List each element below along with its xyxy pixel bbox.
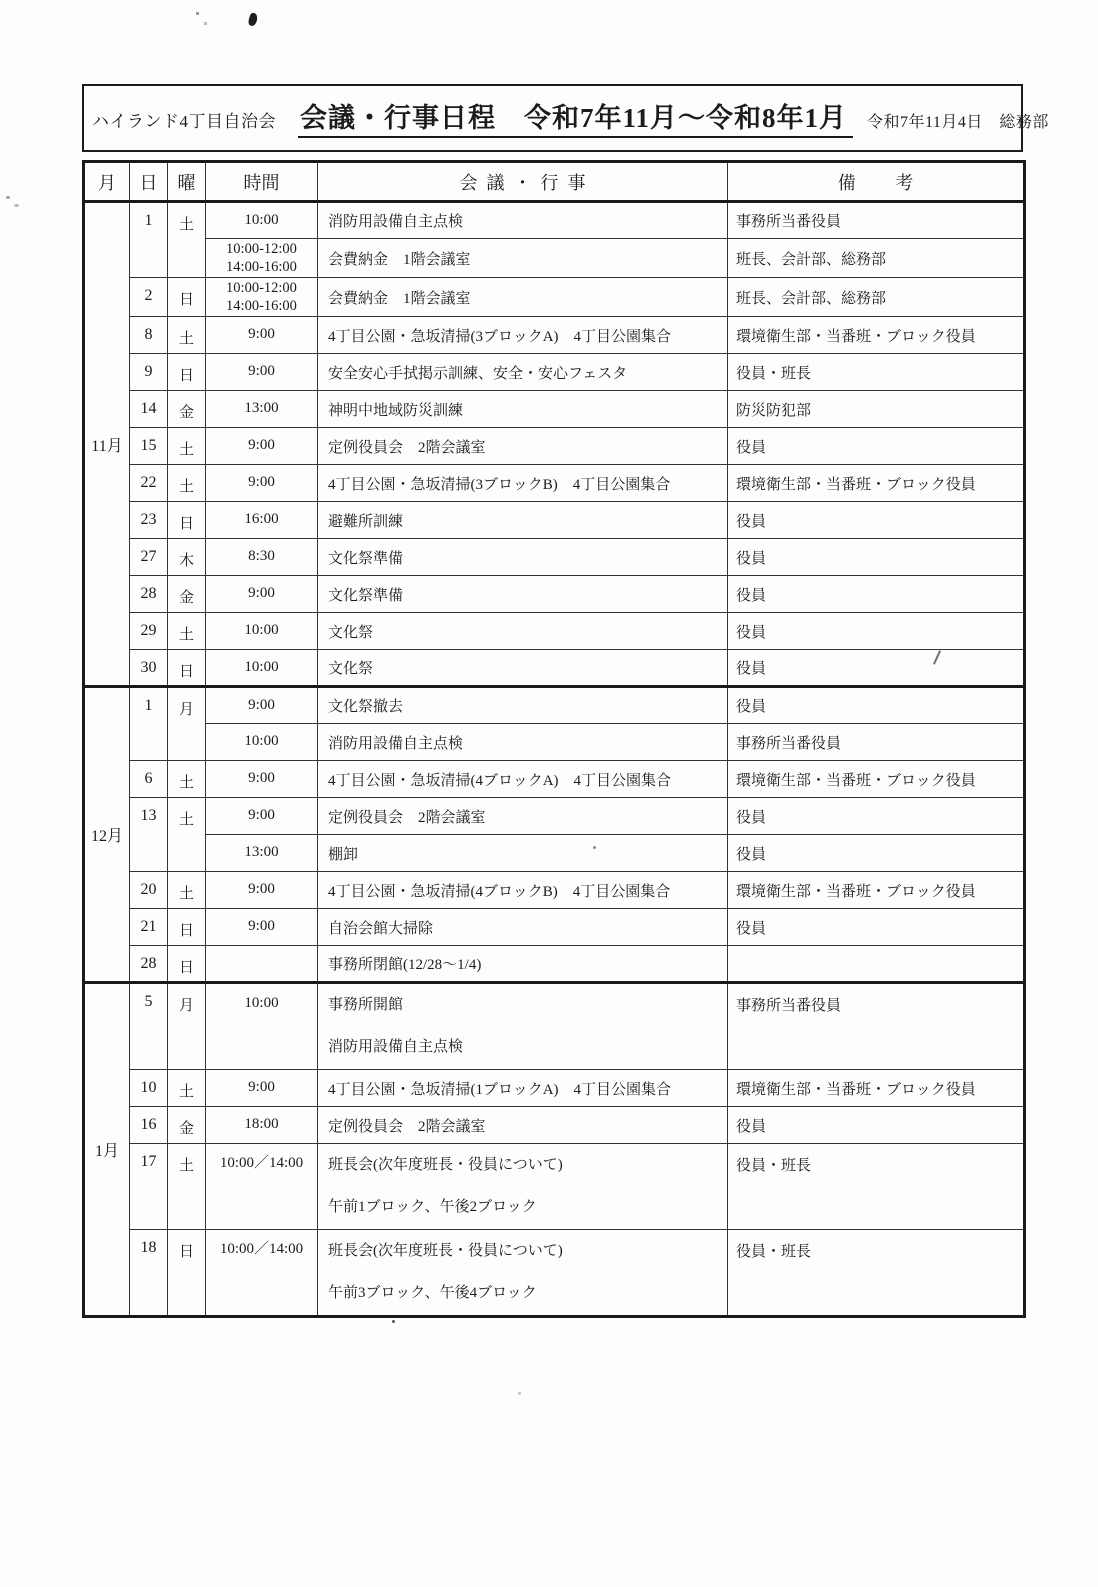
time-cell: 8:30 — [206, 539, 318, 576]
remarks-cell: 役員 — [728, 502, 1025, 539]
scan-artifact — [196, 12, 199, 15]
schedule-row: 10:00-12:00 14:00-16:00会費納金 1階会議室班長、会計部、… — [84, 239, 1025, 278]
day-cell: 22 — [130, 465, 168, 502]
time-cell: 10:00／14:00 — [206, 1144, 318, 1230]
weekday-cell: 月 — [168, 687, 206, 761]
time-cell: 9:00 — [206, 465, 318, 502]
event-cell: 文化祭 — [318, 650, 728, 687]
schedule-row: 10土9:004丁目公園・急坂清掃(1ブロックA) 4丁目公園集合環境衛生部・当… — [84, 1070, 1025, 1107]
scan-artifact — [6, 196, 10, 199]
event-cell: 安全安心手拭掲示訓練、安全・安心フェスタ — [318, 354, 728, 391]
col-header-day: 日 — [130, 162, 168, 202]
event-cell: 4丁目公園・急坂清掃(3ブロックA) 4丁目公園集合 — [318, 317, 728, 354]
event-cell: 事務所閉館(12/28～1/4) — [318, 946, 728, 983]
remarks-cell: 環境衛生部・当番班・ブロック役員 — [728, 317, 1025, 354]
time-cell: 10:00 — [206, 724, 318, 761]
remarks-cell: 役員 — [728, 428, 1025, 465]
event-cell: 班長会(次年度班長・役員について) 午前1ブロック、午後2ブロック — [318, 1144, 728, 1230]
remarks-cell — [728, 946, 1025, 983]
event-cell: 定例役員会 2階会議室 — [318, 798, 728, 835]
scan-artifact — [14, 204, 19, 207]
schedule-row: 2日10:00-12:00 14:00-16:00会費納金 1階会議室班長、会計… — [84, 278, 1025, 317]
time-cell: 10:00／14:00 — [206, 1230, 318, 1317]
weekday-cell: 土 — [168, 872, 206, 909]
event-cell: 避難所訓練 — [318, 502, 728, 539]
event-cell: 定例役員会 2階会議室 — [318, 1107, 728, 1144]
col-header-weekday: 曜 — [168, 162, 206, 202]
event-cell: 4丁目公園・急坂清掃(4ブロックB) 4丁目公園集合 — [318, 872, 728, 909]
weekday-cell: 土 — [168, 465, 206, 502]
month-cell: 11月 — [84, 202, 130, 687]
event-cell: 4丁目公園・急坂清掃(3ブロックB) 4丁目公園集合 — [318, 465, 728, 502]
day-cell: 21 — [130, 909, 168, 946]
weekday-cell: 月 — [168, 983, 206, 1070]
day-cell: 5 — [130, 983, 168, 1070]
day-cell: 1 — [130, 202, 168, 278]
schedule-row: 13土9:00定例役員会 2階会議室役員 — [84, 798, 1025, 835]
title-box: ハイランド4丁目自治会 会議・行事日程 令和7年11月～令和8年1月 令和7年1… — [82, 84, 1023, 152]
event-cell: 文化祭準備 — [318, 539, 728, 576]
schedule-row: 30日10:00文化祭役員 — [84, 650, 1025, 687]
time-cell — [206, 946, 318, 983]
event-cell: 文化祭準備 — [318, 576, 728, 613]
col-header-month: 月 — [84, 162, 130, 202]
weekday-cell: 金 — [168, 1107, 206, 1144]
event-cell: 消防用設備自主点検 — [318, 724, 728, 761]
remarks-cell: 役員 — [728, 835, 1025, 872]
weekday-cell: 木 — [168, 539, 206, 576]
event-cell: 定例役員会 2階会議室 — [318, 428, 728, 465]
remarks-cell: 役員 — [728, 798, 1025, 835]
remarks-cell: 環境衛生部・当番班・ブロック役員 — [728, 1070, 1025, 1107]
scan-artifact — [392, 1320, 395, 1323]
schedule-row: 20土9:004丁目公園・急坂清掃(4ブロックB) 4丁目公園集合環境衛生部・当… — [84, 872, 1025, 909]
schedule-row: 13:00棚卸役員 — [84, 835, 1025, 872]
schedule-row: 17土10:00／14:00班長会(次年度班長・役員について) 午前1ブロック、… — [84, 1144, 1025, 1230]
remarks-cell: 事務所当番役員 — [728, 202, 1025, 239]
schedule-row: 14金13:00神明中地域防災訓練防災防犯部 — [84, 391, 1025, 428]
day-cell: 30 — [130, 650, 168, 687]
day-cell: 18 — [130, 1230, 168, 1317]
schedule-row: 18日10:00／14:00班長会(次年度班長・役員について) 午前3ブロック、… — [84, 1230, 1025, 1317]
time-cell: 9:00 — [206, 687, 318, 724]
weekday-cell: 土 — [168, 428, 206, 465]
time-cell: 9:00 — [206, 1070, 318, 1107]
remarks-cell: 環境衛生部・当番班・ブロック役員 — [728, 872, 1025, 909]
month-cell: 12月 — [84, 687, 130, 983]
schedule-row: 23日16:00避難所訓練役員 — [84, 502, 1025, 539]
schedule-row: 6土9:004丁目公園・急坂清掃(4ブロックA) 4丁目公園集合環境衛生部・当番… — [84, 761, 1025, 798]
schedule-row: 1月5月10:00事務所開館 消防用設備自主点検事務所当番役員 — [84, 983, 1025, 1070]
day-cell: 2 — [130, 278, 168, 317]
weekday-cell: 日 — [168, 1230, 206, 1317]
schedule-row: 28日事務所閉館(12/28～1/4) — [84, 946, 1025, 983]
time-cell: 10:00 — [206, 650, 318, 687]
time-cell: 9:00 — [206, 428, 318, 465]
schedule-row: 21日9:00自治会館大掃除役員 — [84, 909, 1025, 946]
schedule-row: 29土10:00文化祭役員 — [84, 613, 1025, 650]
day-cell: 20 — [130, 872, 168, 909]
remarks-cell: 役員 — [728, 539, 1025, 576]
event-cell: 4丁目公園・急坂清掃(4ブロックA) 4丁目公園集合 — [318, 761, 728, 798]
weekday-cell: 土 — [168, 798, 206, 872]
weekday-cell: 土 — [168, 1070, 206, 1107]
time-cell: 9:00 — [206, 872, 318, 909]
weekday-cell: 土 — [168, 761, 206, 798]
event-cell: 4丁目公園・急坂清掃(1ブロックA) 4丁目公園集合 — [318, 1070, 728, 1107]
issue-date-and-department: 令和7年11月4日 総務部 — [867, 109, 1049, 132]
remarks-cell: 環境衛生部・当番班・ブロック役員 — [728, 761, 1025, 798]
weekday-cell: 金 — [168, 391, 206, 428]
time-cell: 9:00 — [206, 317, 318, 354]
time-cell: 13:00 — [206, 835, 318, 872]
scanned-document-page: ハイランド4丁目自治会 会議・行事日程 令和7年11月～令和8年1月 令和7年1… — [0, 0, 1098, 1587]
time-cell: 9:00 — [206, 354, 318, 391]
day-cell: 23 — [130, 502, 168, 539]
day-cell: 27 — [130, 539, 168, 576]
weekday-cell: 金 — [168, 576, 206, 613]
day-cell: 16 — [130, 1107, 168, 1144]
remarks-cell: 事務所当番役員 — [728, 724, 1025, 761]
weekday-cell: 日 — [168, 909, 206, 946]
schedule-row: 8土9:004丁目公園・急坂清掃(3ブロックA) 4丁目公園集合環境衛生部・当番… — [84, 317, 1025, 354]
schedule-table: 月 日 曜 時間 会議・行事 備考 11月1土10:00消防用設備自主点検事務所… — [82, 160, 1026, 1318]
col-header-time: 時間 — [206, 162, 318, 202]
month-cell: 1月 — [84, 983, 130, 1317]
organization-name: ハイランド4丁目自治会 — [92, 107, 276, 132]
event-cell: 会費納金 1階会議室 — [318, 278, 728, 317]
schedule-row: 27木8:30文化祭準備役員 — [84, 539, 1025, 576]
day-cell: 10 — [130, 1070, 168, 1107]
document-title: 会議・行事日程 令和7年11月～令和8年1月 — [298, 96, 853, 138]
remarks-cell: 役員 — [728, 687, 1025, 724]
time-cell: 18:00 — [206, 1107, 318, 1144]
schedule-row: 11月1土10:00消防用設備自主点検事務所当番役員 — [84, 202, 1025, 239]
day-cell: 28 — [130, 576, 168, 613]
day-cell: 14 — [130, 391, 168, 428]
weekday-cell: 土 — [168, 202, 206, 278]
col-header-remarks: 備考 — [728, 162, 1025, 202]
remarks-cell: 防災防犯部 — [728, 391, 1025, 428]
header-row: 月 日 曜 時間 会議・行事 備考 — [84, 162, 1025, 202]
scan-artifact — [248, 12, 259, 27]
schedule-row: 16金18:00定例役員会 2階会議室役員 — [84, 1107, 1025, 1144]
day-cell: 13 — [130, 798, 168, 872]
remarks-cell: 役員 — [728, 650, 1025, 687]
weekday-cell: 日 — [168, 946, 206, 983]
day-cell: 6 — [130, 761, 168, 798]
schedule-row: 28金9:00文化祭準備役員 — [84, 576, 1025, 613]
weekday-cell: 土 — [168, 1144, 206, 1230]
scan-artifact — [204, 22, 207, 25]
event-cell: 事務所開館 消防用設備自主点検 — [318, 983, 728, 1070]
schedule-body: 11月1土10:00消防用設備自主点検事務所当番役員10:00-12:00 14… — [84, 202, 1025, 1317]
day-cell: 8 — [130, 317, 168, 354]
remarks-cell: 役員・班長 — [728, 354, 1025, 391]
time-cell: 10:00-12:00 14:00-16:00 — [206, 239, 318, 278]
remarks-cell: 役員・班長 — [728, 1144, 1025, 1230]
time-cell: 9:00 — [206, 909, 318, 946]
remarks-cell: 班長、会計部、総務部 — [728, 239, 1025, 278]
col-header-event: 会議・行事 — [318, 162, 728, 202]
weekday-cell: 土 — [168, 317, 206, 354]
remarks-cell: 役員・班長 — [728, 1230, 1025, 1317]
time-cell: 9:00 — [206, 576, 318, 613]
schedule-row: 9日9:00安全安心手拭掲示訓練、安全・安心フェスタ役員・班長 — [84, 354, 1025, 391]
day-cell: 29 — [130, 613, 168, 650]
table-header: 月 日 曜 時間 会議・行事 備考 — [84, 162, 1025, 202]
remarks-cell: 役員 — [728, 613, 1025, 650]
event-cell: 神明中地域防災訓練 — [318, 391, 728, 428]
weekday-cell: 日 — [168, 278, 206, 317]
event-cell: 棚卸 — [318, 835, 728, 872]
time-cell: 10:00 — [206, 613, 318, 650]
schedule-row: 15土9:00定例役員会 2階会議室役員 — [84, 428, 1025, 465]
day-cell: 17 — [130, 1144, 168, 1230]
remarks-cell: 役員 — [728, 1107, 1025, 1144]
day-cell: 28 — [130, 946, 168, 983]
event-cell: 班長会(次年度班長・役員について) 午前3ブロック、午後4ブロック — [318, 1230, 728, 1317]
remarks-cell: 役員 — [728, 909, 1025, 946]
remarks-cell: 事務所当番役員 — [728, 983, 1025, 1070]
day-cell: 1 — [130, 687, 168, 761]
time-cell: 10:00 — [206, 202, 318, 239]
remarks-cell: 役員 — [728, 576, 1025, 613]
event-cell: 消防用設備自主点検 — [318, 202, 728, 239]
event-cell: 自治会館大掃除 — [318, 909, 728, 946]
event-cell: 文化祭撤去 — [318, 687, 728, 724]
time-cell: 10:00-12:00 14:00-16:00 — [206, 278, 318, 317]
weekday-cell: 日 — [168, 502, 206, 539]
event-cell: 会費納金 1階会議室 — [318, 239, 728, 278]
day-cell: 9 — [130, 354, 168, 391]
time-cell: 9:00 — [206, 761, 318, 798]
time-cell: 13:00 — [206, 391, 318, 428]
remarks-cell: 班長、会計部、総務部 — [728, 278, 1025, 317]
schedule-row: 22土9:004丁目公園・急坂清掃(3ブロックB) 4丁目公園集合環境衛生部・当… — [84, 465, 1025, 502]
weekday-cell: 日 — [168, 354, 206, 391]
schedule-row: 12月1月9:00文化祭撤去役員 — [84, 687, 1025, 724]
time-cell: 9:00 — [206, 798, 318, 835]
weekday-cell: 土 — [168, 613, 206, 650]
time-cell: 10:00 — [206, 983, 318, 1070]
time-cell: 16:00 — [206, 502, 318, 539]
schedule-row: 10:00消防用設備自主点検事務所当番役員 — [84, 724, 1025, 761]
weekday-cell: 日 — [168, 650, 206, 687]
scan-artifact — [518, 1392, 521, 1395]
event-cell: 文化祭 — [318, 613, 728, 650]
day-cell: 15 — [130, 428, 168, 465]
remarks-cell: 環境衛生部・当番班・ブロック役員 — [728, 465, 1025, 502]
